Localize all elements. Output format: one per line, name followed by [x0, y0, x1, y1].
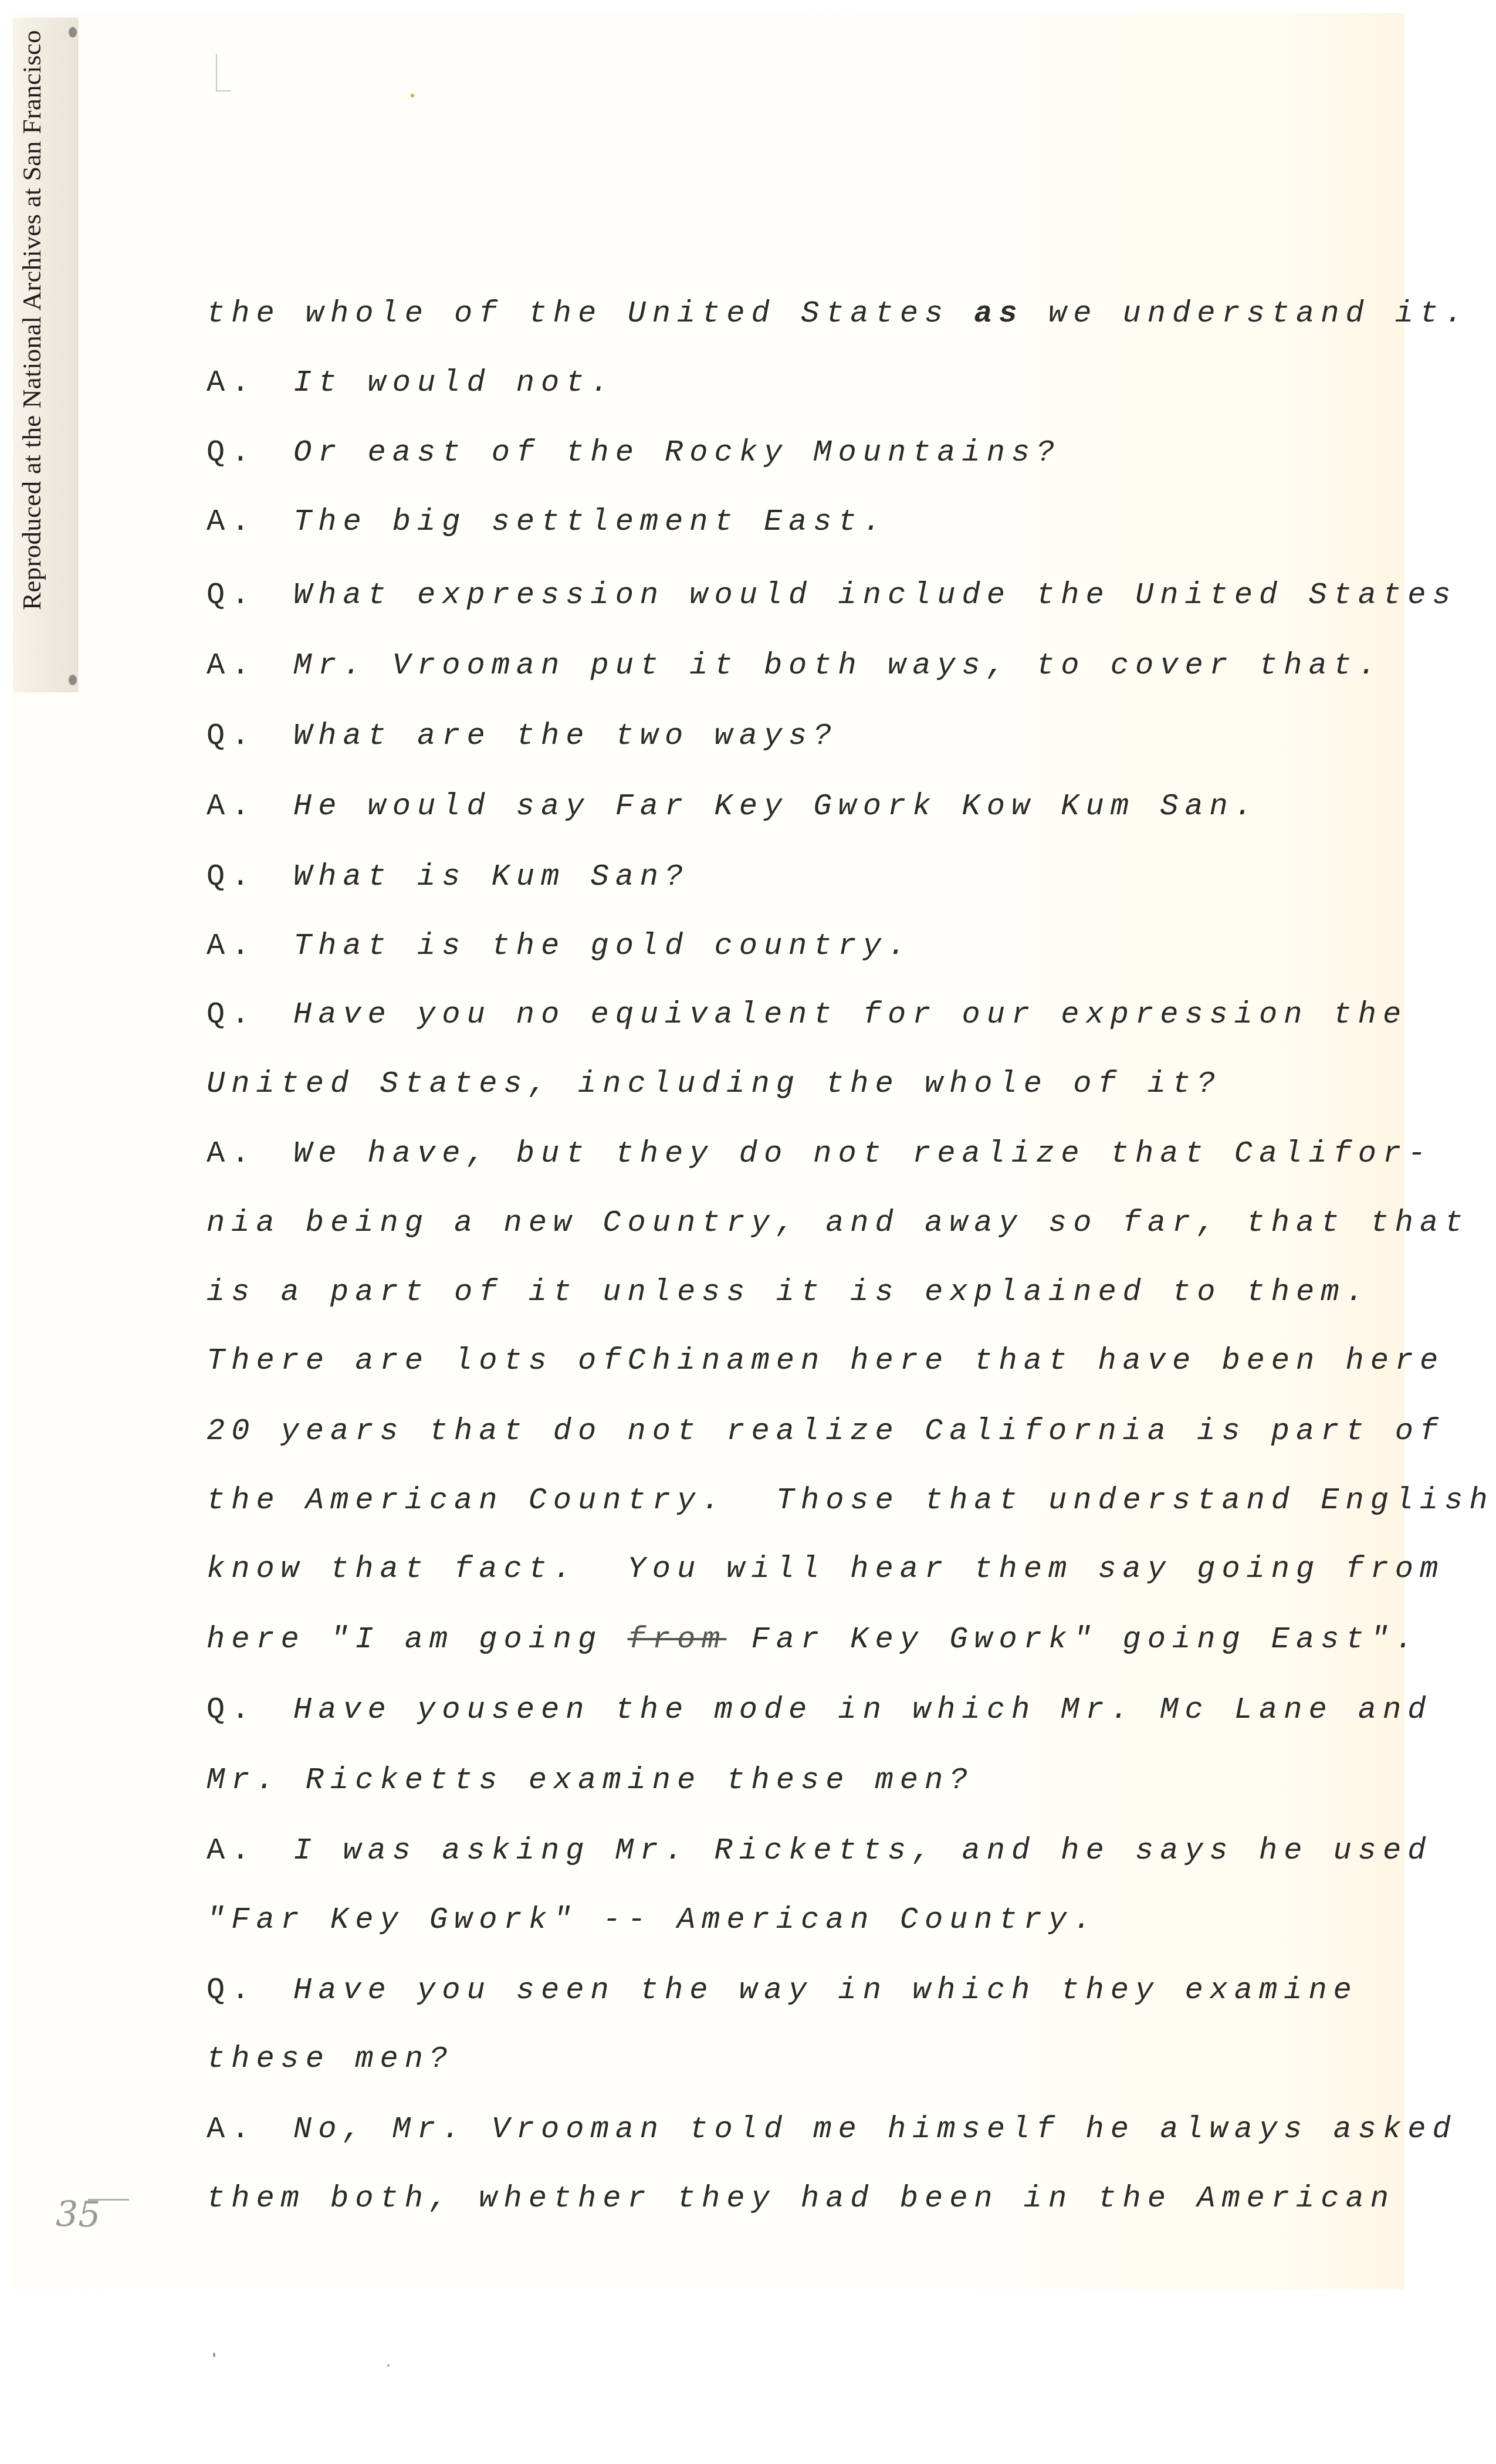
transcript-line: A.I was asking Mr. Ricketts, and he says… [207, 1833, 1432, 1869]
line-text: nia being a new Country, and away so far… [207, 1206, 1469, 1240]
question-label: Q. [207, 719, 293, 754]
transcript-line: A.No, Mr. Vrooman told me himself he alw… [207, 2112, 1457, 2147]
question-label: Q. [207, 435, 293, 471]
line-text: That is the gold country. [293, 929, 912, 963]
paper-speck [213, 2353, 215, 2357]
transcript-line: Q.Have you seen the way in which they ex… [207, 1973, 1358, 2008]
overtyped-word: as [974, 296, 1023, 331]
line-text: these men? [207, 2042, 454, 2076]
strip-smudge [69, 27, 77, 38]
transcript-line: A.The big settlement East. [207, 505, 888, 540]
transcript-line: "Far Key Gwork" -- American Country. [207, 1903, 1098, 1938]
transcript-line: nia being a new Country, and away so far… [207, 1206, 1469, 1241]
line-text: Have you no equivalent for our expressio… [293, 997, 1407, 1032]
line-text: He would say Far Key Gwork Kow Kum San. [293, 789, 1259, 824]
paper-speck [387, 2364, 390, 2367]
line-text: The big settlement East. [293, 505, 888, 539]
strip-smudge [69, 675, 77, 685]
pencil-corner-mark [216, 54, 231, 92]
paper-speck [411, 94, 414, 97]
answer-label: A. [207, 929, 293, 964]
line-text: It would not. [293, 365, 615, 400]
transcript-line: them both, whether they had been in the … [207, 2181, 1395, 2216]
line-text: Or east of the Rocky Mountains? [293, 435, 1061, 470]
line-text: What is Kum San? [293, 859, 689, 894]
line-text: Mr. Ricketts examine these men? [207, 1763, 974, 1798]
question-label: Q. [207, 578, 293, 613]
answer-label: A. [207, 505, 293, 540]
transcript-line: A.Mr. Vrooman put it both ways, to cover… [207, 648, 1383, 683]
transcript-line: 20 years that do not realize California … [207, 1414, 1444, 1449]
line-text: Have youseen the mode in which Mr. Mc La… [293, 1693, 1432, 1727]
transcript-line: here "I am going from Far Key Gwork" goi… [207, 1622, 1420, 1657]
line-text: What expression would include the United… [293, 578, 1457, 612]
transcript-line: Q.Have youseen the mode in which Mr. Mc … [207, 1693, 1432, 1728]
transcript-line: Q.What is Kum San? [207, 859, 689, 895]
line-text-after: we understand it. [1024, 296, 1470, 331]
line-text: What are the two ways? [293, 719, 838, 753]
answer-label: A. [207, 1136, 293, 1172]
line-text-before: here "I am going [207, 1622, 628, 1657]
line-text: know that fact. You will hear them say g… [207, 1552, 1444, 1586]
transcript-line: A.It would not. [207, 365, 615, 401]
line-text: United States, including the whole of it… [207, 1067, 1221, 1101]
transcript-line: these men? [207, 2042, 454, 2077]
line-text: No, Mr. Vrooman told me himself he alway… [293, 2112, 1457, 2147]
transcript-line: A.He would say Far Key Gwork Kow Kum San… [207, 789, 1259, 824]
handwritten-page-number: 35 [56, 2194, 100, 2235]
transcript-line: United States, including the whole of it… [207, 1067, 1221, 1102]
transcript-line: the American Country. Those that underst… [207, 1483, 1494, 1518]
line-text-before: the whole of the United States [207, 296, 974, 331]
line-text: We have, but they do not realize that Ca… [293, 1136, 1432, 1171]
transcript-line: Q.Or east of the Rocky Mountains? [207, 435, 1061, 471]
transcript-line: Q.Have you no equivalent for our express… [207, 997, 1407, 1033]
question-label: Q. [207, 1973, 293, 2008]
transcript-line: A.We have, but they do not realize that … [207, 1136, 1432, 1172]
transcript-line: is a part of it unless it is explained t… [207, 1275, 1370, 1310]
transcript-line: know that fact. You will hear them say g… [207, 1552, 1444, 1587]
answer-label: A. [207, 1833, 293, 1869]
question-label: Q. [207, 1693, 293, 1728]
line-text: I was asking Mr. Ricketts, and he says h… [293, 1833, 1432, 1868]
struck-word: from [628, 1622, 727, 1657]
line-text: There are lots ofChinamen here that have… [207, 1343, 1444, 1378]
line-text-after: Far Key Gwork" going East". [726, 1622, 1420, 1657]
answer-label: A. [207, 365, 293, 401]
line-text: is a part of it unless it is explained t… [207, 1275, 1370, 1309]
answer-label: A. [207, 2112, 293, 2147]
line-text: them both, whether they had been in the … [207, 2181, 1395, 2216]
transcript-line: Q.What are the two ways? [207, 719, 838, 754]
transcript-line: There are lots ofChinamen here that have… [207, 1343, 1444, 1379]
line-text: the American Country. Those that underst… [207, 1483, 1494, 1518]
question-label: Q. [207, 997, 293, 1033]
line-text: Have you seen the way in which they exam… [293, 1973, 1358, 2008]
answer-label: A. [207, 648, 293, 683]
transcript-line: A.That is the gold country. [207, 929, 912, 964]
line-text: "Far Key Gwork" -- American Country. [207, 1903, 1098, 1937]
transcript-line: Mr. Ricketts examine these men? [207, 1763, 974, 1798]
transcript-line: Q.What expression would include the Unit… [207, 578, 1457, 613]
line-text: 20 years that do not realize California … [207, 1414, 1444, 1448]
transcript-line: the whole of the United States as we und… [207, 296, 1469, 331]
line-text: Mr. Vrooman put it both ways, to cover t… [293, 648, 1383, 683]
question-label: Q. [207, 859, 293, 895]
answer-label: A. [207, 789, 293, 824]
archive-stamp-text: Reproduced at the National Archives at S… [16, 30, 47, 610]
